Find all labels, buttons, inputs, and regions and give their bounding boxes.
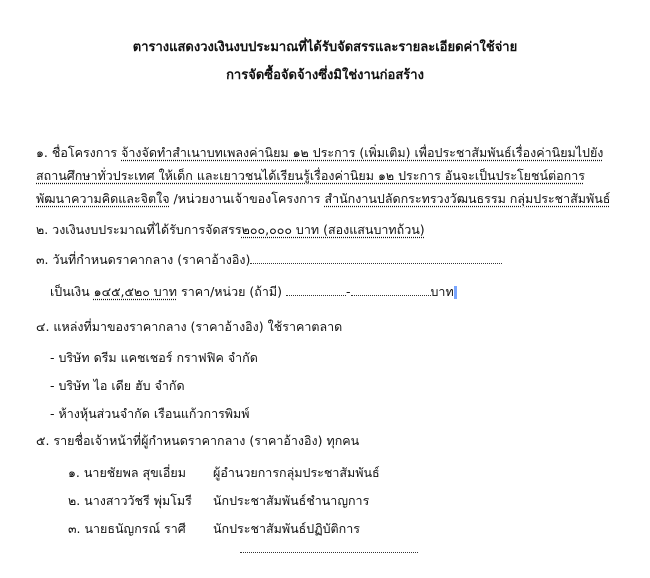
currency-label: บาท [431,284,454,299]
officers-label: ๕. รายชื่อเจ้าหน้าที่ผู้กำหนดราคากลาง (ร… [36,432,359,450]
reference-date-line: ๓. วันที่กำหนดราคากลาง (ราคาอ้างอิง) [36,251,502,269]
project-name-line-1: ๑. ชื่อโครงการ จ้างจัดทำสำเนาบทเพลงค่านิ… [36,144,603,162]
project-name-value-3: พัฒนาความคิดและจิตใจ [36,191,170,206]
officer-position: ผู้อำนวยการกลุ่มประชาสัมพันธ์ [213,463,380,483]
reference-date-label: ๓. วันที่กำหนดราคากลาง (ราคาอ้างอิง) [36,252,250,267]
project-owner-value: สำนักงานปลัดกระทรวงวัฒนธรรม กลุ่มประชาสั… [324,191,610,206]
project-name-value-1: จ้างจัดทำสำเนาบทเพลงค่านิยม ๑๒ ประการ (เ… [121,145,603,160]
amount-value: ๑๔๕,๕๒๐ บาท [94,284,177,299]
project-name-line-3: พัฒนาความคิดและจิตใจ /หน่วยงานเจ้าของโคร… [36,190,610,208]
signature-line [240,552,418,553]
officer-name: ๓. นายธนัญกรณ์ ราศี [68,519,186,539]
amount-label: เป็นเงิน [50,284,90,299]
document-page: ตารางแสดงวงเงินงบประมาณที่ได้รับจัดสรรแล… [0,0,650,578]
price-source-item: - ห้างหุ้นส่วนจำกัด เรือนแก้วการพิมพ์ [50,405,250,423]
price-source-item: - บริษัท ดรีม แคชเชอร์ กราฟฟิค จำกัด [50,349,258,367]
officer-position: นักประชาสัมพันธ์ปฏิบัติการ [213,519,360,539]
project-name-label: ๑. ชื่อโครงการ [36,145,117,160]
unit-price-label: ราคา/หน่วย (ถ้ามี) [181,284,282,299]
budget-label: ๒. วงเงินงบประมาณที่ได้รับการจัดสรร [36,222,242,237]
officer-name: ๑. นายชัยพล สุขเอี่ยม [68,463,186,483]
document-subtitle: การจัดซื้อจัดจ้างซึ่งมิใช่งานก่อสร้าง [0,64,650,85]
budget-line: ๒. วงเงินงบประมาณที่ได้รับการจัดสรร๒๐๐,๐… [36,221,425,239]
project-name-line-2: สถานศึกษาทั่วประเทศ ให้เด็ก และเยาวชนได้… [36,167,585,185]
unit-price-blank-right [351,283,431,296]
amount-line: เป็นเงิน ๑๔๕,๕๒๐ บาท ราคา/หน่วย (ถ้ามี) … [50,283,457,301]
price-source-item: - บริษัท ไอ เดีย ฮับ จำกัด [50,377,185,395]
price-source-label: ๔. แหล่งที่มาของราคากลาง (ราคาอ้างอิง) ใ… [36,318,342,336]
reference-date-blank [250,251,502,264]
officer-name: ๒. นางสาววัชรี พุ่มโมรี [68,491,192,511]
project-name-value-2: สถานศึกษาทั่วประเทศ ให้เด็ก และเยาวชนได้… [36,168,585,183]
project-owner-label: /หน่วยงานเจ้าของโครงการ [174,191,321,206]
unit-price-blank-left [286,283,346,296]
officer-position: นักประชาสัมพันธ์ชำนาญการ [213,491,369,511]
text-cursor [454,286,457,299]
document-title: ตารางแสดงวงเงินงบประมาณที่ได้รับจัดสรรแล… [0,36,650,57]
budget-value: ๒๐๐,๐๐๐ บาท (สองแสนบาทถ้วน) [242,222,425,237]
